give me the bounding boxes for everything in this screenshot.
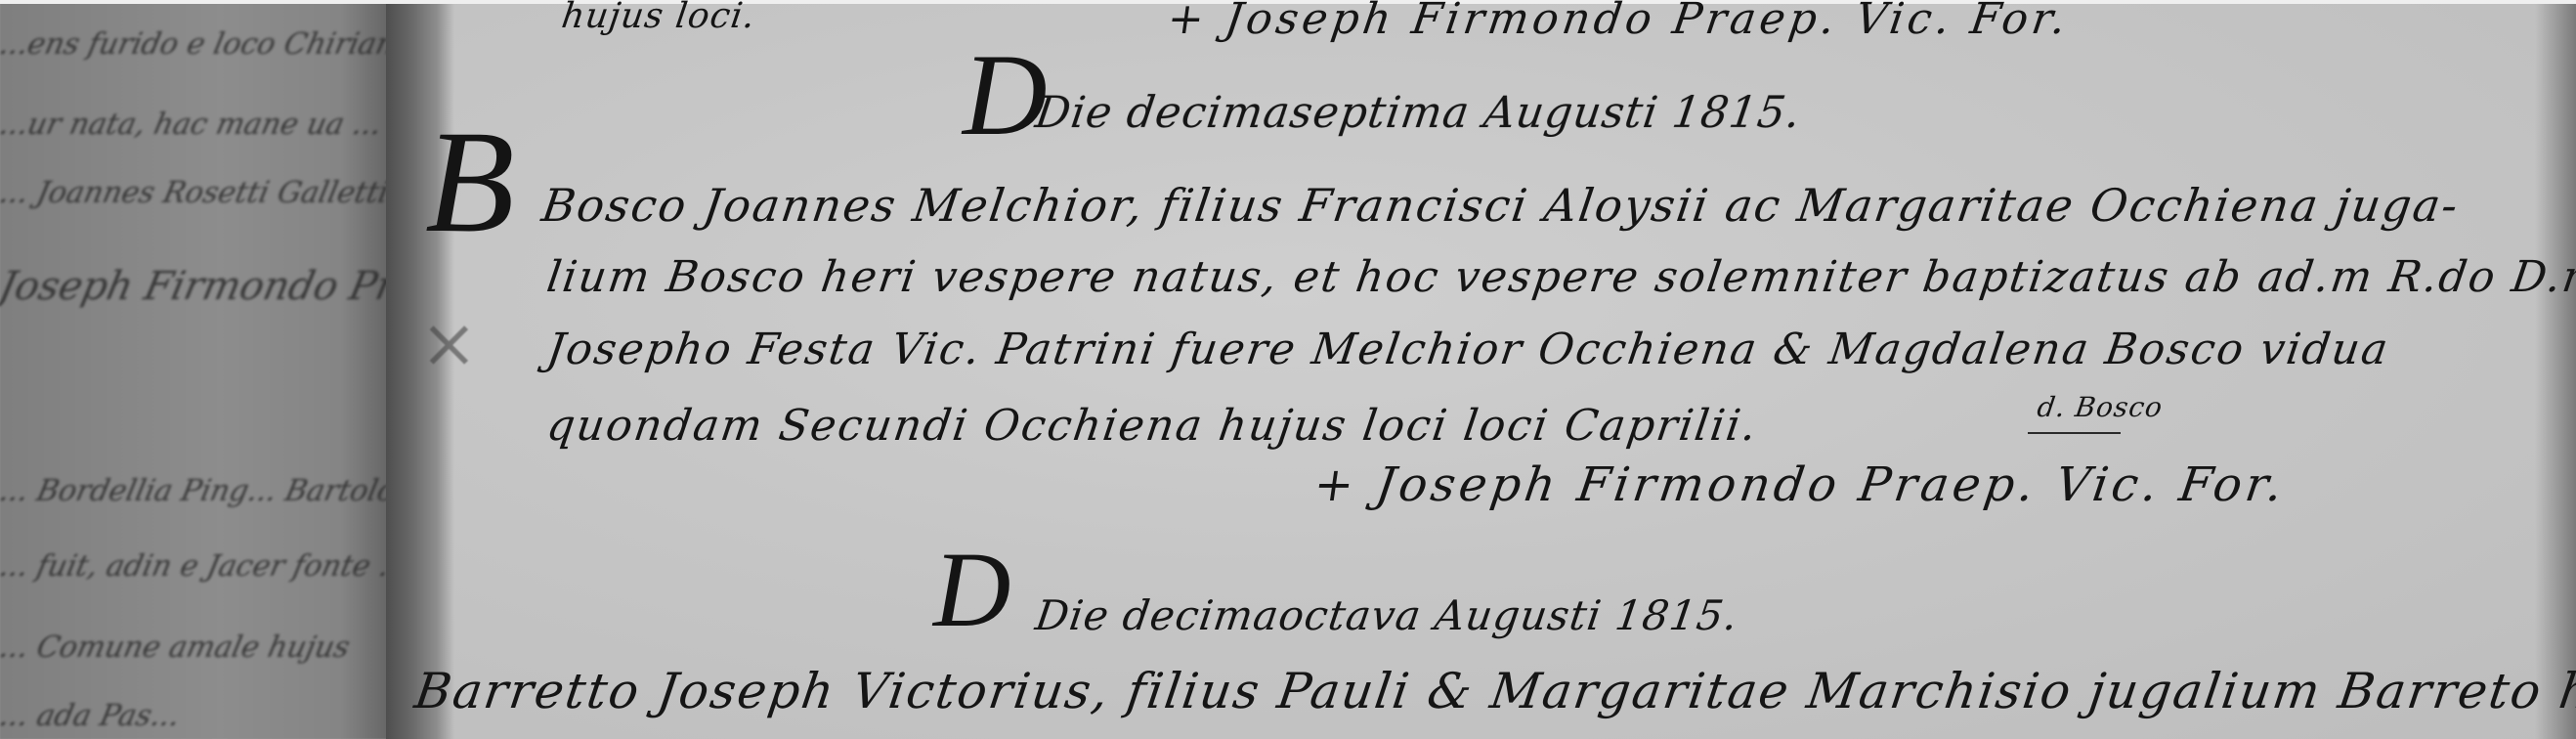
entry-line: Bosco Joannes Melchior, filius Francisci… xyxy=(538,179,2463,232)
entry-line: quondam Secundi Occhiena hujus loci loci… xyxy=(543,401,1761,451)
manuscript-scan: ...ens furido e loco Chiriani, ut ... ..… xyxy=(0,0,2576,739)
decorative-initial-b: B xyxy=(425,98,515,266)
annotation-underline xyxy=(2028,432,2121,434)
entry-signature: + Joseph Firmondo Praep. Vic. For. xyxy=(1310,457,2290,512)
left-page-line: ... ada Pas... xyxy=(0,699,183,733)
margin-annotation: d. Bosco xyxy=(2036,391,2166,423)
left-facing-page: ...ens furido e loco Chiriani, ut ... ..… xyxy=(0,0,401,739)
entry-date-heading: Die decimaseptima Augusti 1815. xyxy=(1032,88,1804,138)
decorative-initial-d: D xyxy=(933,528,1010,652)
entry-line: Barretto Joseph Victorius, filius Pauli … xyxy=(411,663,2576,719)
previous-entry-signature: + Joseph Firmondo Praep. Vic. For. xyxy=(1164,0,2073,44)
left-page-line: ...ur nata, hac mane ua ... xyxy=(0,108,385,142)
entry-line: lium Bosco heri vespere natus, et hoc ve… xyxy=(543,252,2576,302)
previous-entry-fragment: hujus loci. xyxy=(559,0,758,36)
entry-line: Josepho Festa Vic. Patrini fuere Melchio… xyxy=(543,325,2392,374)
entry-date-heading: Die decimaoctava Augusti 1815. xyxy=(1033,591,1741,639)
left-page-line: ... Bordellia Ping... Bartolo... xyxy=(0,474,426,508)
left-page-line: ... fuit, adin e Jacer fonte ... xyxy=(0,549,411,584)
left-page-line: ... Comune amale hujus xyxy=(0,630,353,665)
decorative-initial-d: D xyxy=(963,27,1048,162)
margin-cross-mark: × xyxy=(420,303,478,383)
